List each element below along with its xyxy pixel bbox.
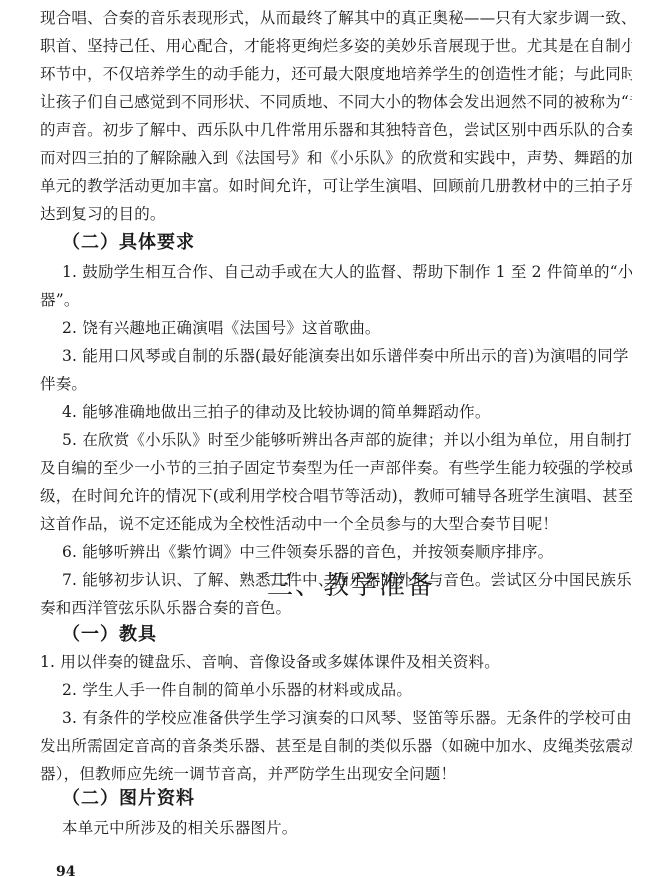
requirement-item-3-cont: 伴奏。 bbox=[40, 370, 632, 398]
subheading-requirements: （二）具体要求 bbox=[62, 230, 195, 256]
text-line: 让孩子们自己感觉到不同形状、不同质地、不同大小的物体会发出迥然不同的被称为“音色… bbox=[40, 88, 632, 116]
teaching-aid-item-3-cont: 发出所需固定音高的音条类乐器、甚至是自制的类似乐器（如碗中加水、皮绳类弦震动乐 bbox=[40, 732, 632, 760]
requirement-item-1: 1. 鼓励学生相互合作、自己动手或在大人的监督、帮助下制作 1 至 2 件简单的… bbox=[62, 258, 632, 286]
requirement-item-6: 6. 能够听辨出《紫竹调》中三件领奏乐器的音色，并按领奏顺序排序。 bbox=[62, 538, 632, 566]
requirement-item-2: 2. 饶有兴趣地正确演唱《法国号》这首歌曲。 bbox=[62, 314, 632, 342]
teaching-aid-item-3-cont: 器），但教师应先统一调节音高，并严防学生出现安全问题！ bbox=[40, 760, 632, 788]
teaching-aid-item-3: 3. 有条件的学校应准备供学生学习演奏的口风琴、竖笛等乐器。无条件的学校可由能 bbox=[62, 704, 632, 732]
teaching-aid-item-1: 1. 用以伴奏的键盘乐、音响、音像设备或多媒体课件及相关资料。 bbox=[40, 648, 632, 676]
picture-materials-text: 本单元中所涉及的相关乐器图片。 bbox=[62, 814, 632, 842]
subheading-teaching-aids: （一）教具 bbox=[62, 622, 157, 648]
page-number: 94 bbox=[56, 864, 75, 877]
text-line: 单元的教学活动更加丰富。如时间允许，可让学生演唱、回顾前几册教材中的三拍子乐曲，… bbox=[40, 172, 632, 200]
text-line: 而对四三拍的了解除融入到《法国号》和《小乐队》的欣赏和实践中，声势、舞蹈的加入则… bbox=[40, 144, 632, 172]
requirement-item-4: 4. 能够准确地做出三拍子的律动及比较协调的简单舞蹈动作。 bbox=[62, 398, 632, 426]
text-line: 环节中，不仅培养学生的动手能力，还可最大限度地培养学生的创造性才能；与此同时，又… bbox=[40, 60, 632, 88]
requirement-item-5: 5. 在欣赏《小乐队》时至少能够听辨出各声部的旋律；并以小组为单位，用自制打击乐 bbox=[62, 426, 632, 454]
requirement-item-5-cont: 级，在时间允许的情况下(或利用学校合唱节等活动)，教师可辅导各班学生演唱、甚至演… bbox=[40, 482, 632, 510]
requirement-item-5-cont: 及自编的至少一小节的三拍子固定节奏型为任一声部伴奏。有些学生能力较强的学校或班 bbox=[40, 454, 632, 482]
text-line: 现合唱、合奏的音乐表现形式，从而最终了解其中的真正奥秘——只有大家步调一致、克尽 bbox=[40, 4, 632, 32]
teaching-aid-item-2: 2. 学生人手一件自制的简单小乐器的材料或成品。 bbox=[62, 676, 632, 704]
requirement-item-1-cont: 器”。 bbox=[40, 286, 632, 314]
subheading-picture-materials: （二）图片资料 bbox=[62, 786, 195, 812]
requirement-item-3: 3. 能用口风琴或自制的乐器(最好能演奏出如乐谱伴奏中所出示的音)为演唱的同学 bbox=[62, 342, 632, 370]
text-line: 职首、坚持己任、用心配合，才能将更绚烂多姿的美妙乐音展现于世。尤其是在自制小乐器… bbox=[40, 32, 632, 60]
text-line: 达到复习的目的。 bbox=[40, 200, 632, 228]
requirement-item-5-cont: 这首作品，说不定还能成为全校性活动中一个全员参与的大型合奏节目呢！ bbox=[40, 510, 632, 538]
text-line: 的声音。初步了解中、西乐队中几件常用乐器和其独特音色，尝试区别中西乐队的合奏音色… bbox=[40, 116, 632, 144]
section-title-teaching-preparation: 三、教学准备 bbox=[40, 568, 632, 604]
